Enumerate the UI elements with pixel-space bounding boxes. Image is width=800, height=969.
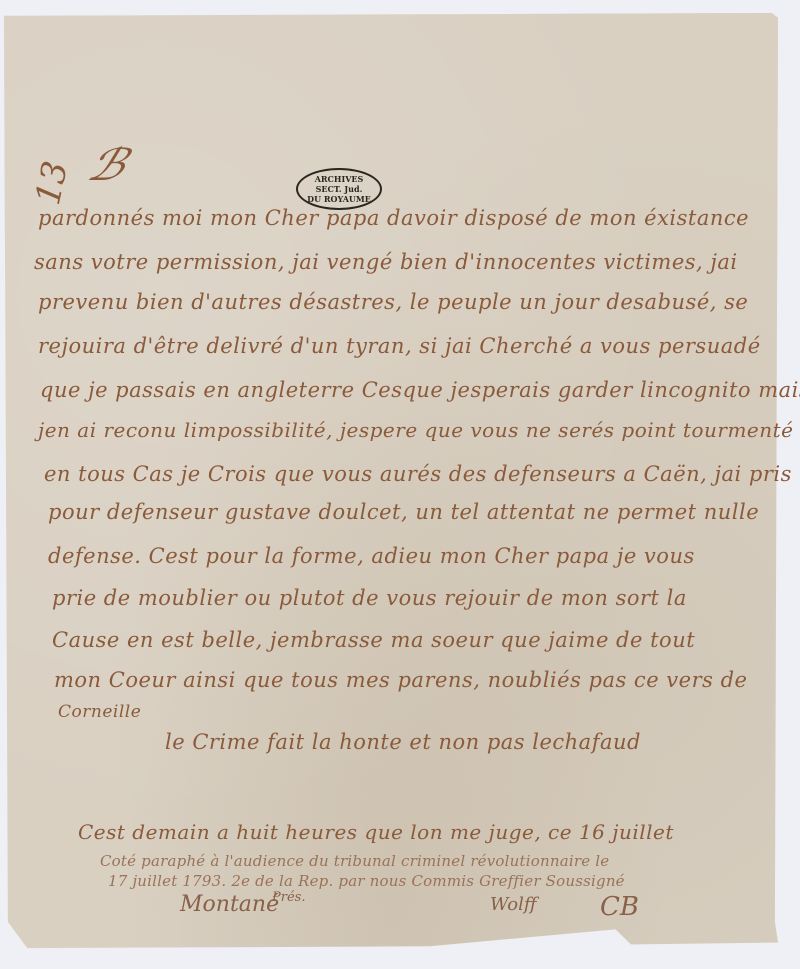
letter-line: en tous Cas je Crois que vous aurés des …	[44, 462, 792, 486]
letter-line: Corneille	[58, 702, 141, 722]
postscript: Cest demain a huit heures que lon me jug…	[78, 820, 674, 844]
letter-line: pour defenseur gustave doulcet, un tel a…	[48, 500, 759, 524]
letter-line: jen ai reconu limpossibilité, jespere qu…	[38, 418, 794, 442]
letter-line: prie de moublier ou plutot de vous rejou…	[52, 586, 687, 610]
stamp-line-1: ARCHIVES	[298, 174, 380, 184]
court-annotation-line: 17 juillet 1793. 2e de la Rep. par nous …	[108, 872, 625, 890]
court-annotation-line: Coté paraphé à l'audience du tribunal cr…	[100, 852, 609, 870]
letter-line: pardonnés moi mon Cher papa davoir dispo…	[38, 206, 749, 230]
letter-line: sans votre permission, jai vengé bien d'…	[34, 250, 738, 274]
signature-president-suffix: Prés.	[272, 890, 305, 905]
letter-line: Cause en est belle, jembrasse ma soeur q…	[52, 628, 695, 652]
letter-line: que je passais en angleterre Cesque jesp…	[40, 378, 800, 402]
signature-montane: Montané	[180, 892, 279, 917]
letter-line: rejouira d'être delivré d'un tyran, si j…	[38, 334, 761, 358]
corneille-quote: le Crime fait la honte et non pas lechaf…	[165, 730, 641, 754]
signature-wolff: Wolff	[490, 894, 537, 915]
letter-line: prevenu bien d'autres désastres, le peup…	[38, 290, 748, 314]
signature-paraph: CB	[600, 892, 639, 922]
letter-line: mon Coeur ainsi que tous mes parens, nou…	[54, 668, 747, 692]
letter-line: defense. Cest pour la forme, adieu mon C…	[48, 544, 695, 568]
archives-stamp: ARCHIVES SECT. Jud. DU ROYAUME	[296, 168, 382, 210]
stamp-line-3: DU ROYAUME	[298, 194, 380, 204]
stamp-line-2: SECT. Jud.	[298, 184, 380, 194]
